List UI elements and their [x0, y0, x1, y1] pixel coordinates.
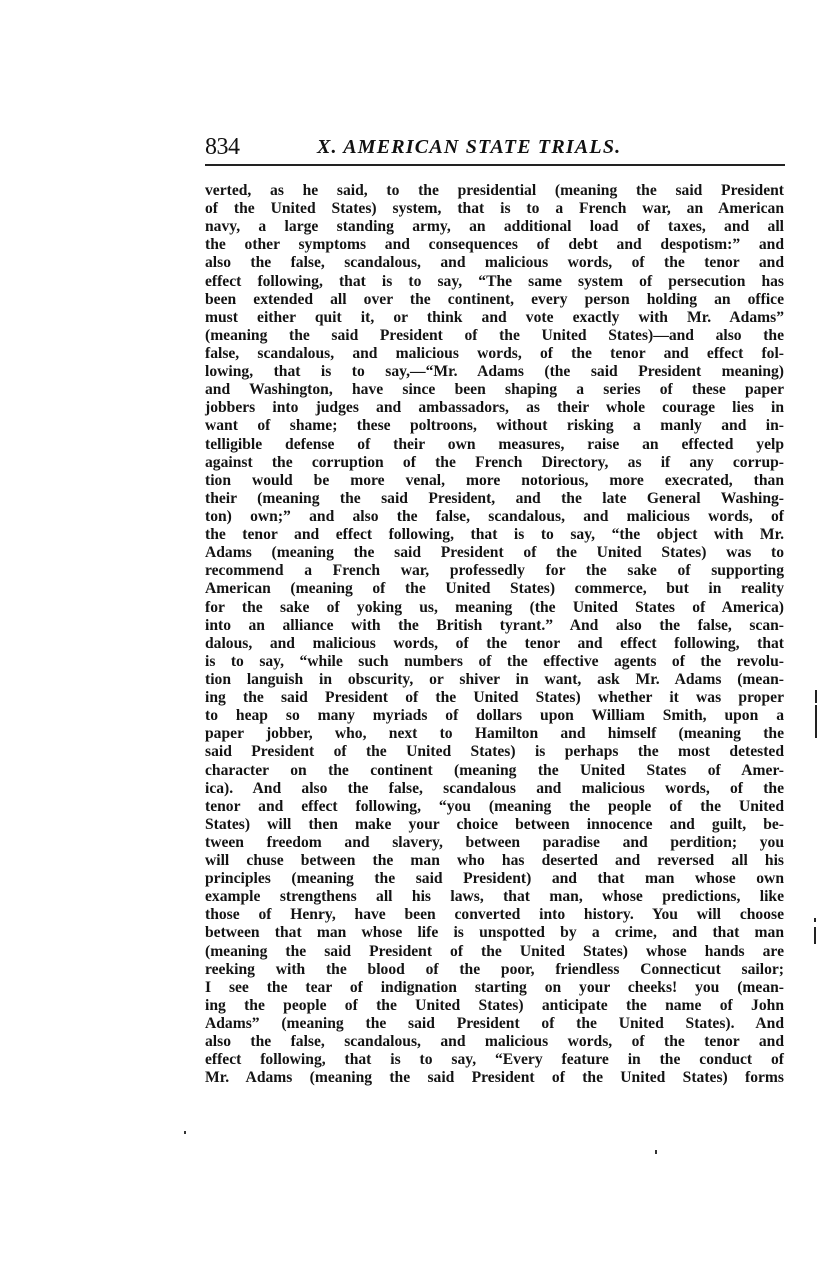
body-text: verted, as he said, to the presidential …	[205, 182, 784, 1087]
text-line: want of shame; these poltroons, without …	[205, 417, 784, 435]
scan-speck	[655, 1150, 657, 1154]
text-line: said President of the United States) is …	[205, 743, 784, 761]
text-line: States) will then make your choice betwe…	[205, 816, 784, 834]
text-line: example strengthens all his laws, that m…	[205, 888, 784, 906]
text-line: is to say, “while such numbers of the ef…	[205, 653, 784, 671]
text-line: navy, a large standing army, an addition…	[205, 218, 784, 236]
text-line: must either quit it, or think and vote e…	[205, 309, 784, 327]
margin-mark	[814, 927, 816, 944]
text-line: ing the people of the United States) ant…	[205, 997, 784, 1015]
text-line: (meaning the said President of the Unite…	[205, 943, 784, 961]
text-line: effect following, that is to say, “The s…	[205, 273, 784, 291]
text-line: recommend a French war, professedly for …	[205, 562, 784, 580]
text-line: ica). And also the false, scandalous and…	[205, 780, 784, 798]
running-title: X. AMERICAN STATE TRIALS.	[317, 134, 621, 160]
text-line: tion would be more venal, more notorious…	[205, 472, 784, 490]
text-line: paper jobber, who, next to Hamilton and …	[205, 725, 784, 743]
text-line: ing the said President of the United Sta…	[205, 689, 784, 707]
text-line: tween freedom and slavery, between parad…	[205, 834, 784, 852]
text-line: I see the tear of indignation starting o…	[205, 979, 784, 997]
text-line: will chuse between the man who has deser…	[205, 852, 784, 870]
text-line: telligible defense of their own measures…	[205, 436, 784, 454]
header-rule	[205, 164, 785, 166]
text-line: the tenor and effect following, that is …	[205, 526, 784, 544]
text-line: been extended all over the continent, ev…	[205, 291, 784, 309]
text-line: the other symptoms and consequences of d…	[205, 236, 784, 254]
text-line: against the corruption of the French Dir…	[205, 454, 784, 472]
text-line: Adams” (meaning the said President of th…	[205, 1015, 784, 1033]
text-line: ton) own;” and also the false, scandalou…	[205, 508, 784, 526]
text-line: false, scandalous, and malicious words, …	[205, 345, 784, 363]
text-line: also the false, scandalous, and maliciou…	[205, 254, 784, 272]
text-line: American (meaning of the United States) …	[205, 580, 784, 598]
text-line: character on the continent (meaning the …	[205, 762, 784, 780]
text-line: principles (meaning the said President) …	[205, 870, 784, 888]
text-line: effect following, that is to say, “Every…	[205, 1051, 784, 1069]
text-line: for the sake of yoking us, meaning (the …	[205, 599, 784, 617]
scan-speck	[184, 1131, 186, 1134]
text-line: Mr. Adams (meaning the said President of…	[205, 1069, 784, 1087]
margin-mark	[815, 690, 817, 703]
text-line: jobbers into judges and ambassadors, as …	[205, 399, 784, 417]
margin-mark	[815, 705, 817, 738]
running-head: 834 X. AMERICAN STATE TRIALS.	[205, 132, 785, 162]
text-line: between that man whose life is unspotted…	[205, 924, 784, 942]
text-line: reeking with the blood of the poor, frie…	[205, 961, 784, 979]
text-line: (meaning the said President of the Unite…	[205, 327, 784, 345]
text-line: also the false, scandalous, and maliciou…	[205, 1033, 784, 1051]
text-line: lowing, that is to say,—“Mr. Adams (the …	[205, 363, 784, 381]
text-line: tion languish in obscurity, or shiver in…	[205, 671, 784, 689]
text-line: dalous, and malicious words, of the teno…	[205, 635, 784, 653]
scanned-page: 834 X. AMERICAN STATE TRIALS. verted, as…	[0, 0, 836, 1284]
text-line: verted, as he said, to the presidential …	[205, 182, 784, 200]
text-line: and Washington, have since been shaping …	[205, 381, 784, 399]
text-line: their (meaning the said President, and t…	[205, 490, 784, 508]
text-line: into an alliance with the British tyrant…	[205, 617, 784, 635]
text-line: tenor and effect following, “you (meanin…	[205, 798, 784, 816]
page-number: 834	[205, 132, 240, 162]
margin-mark	[814, 918, 816, 922]
text-line: those of Henry, have been converted into…	[205, 906, 784, 924]
text-line: Adams (meaning the said President of the…	[205, 544, 784, 562]
text-line: of the United States) system, that is to…	[205, 200, 784, 218]
text-line: to heap so many myriads of dollars upon …	[205, 707, 784, 725]
